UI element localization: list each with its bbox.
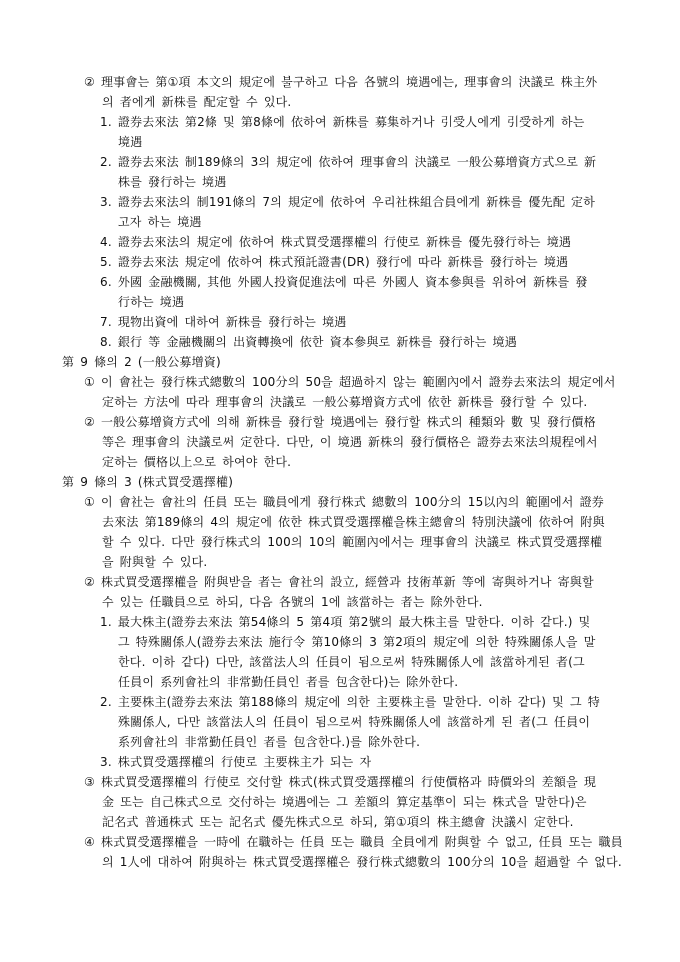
document-line: 5. 證券去來法 規定에 依하여 株式預託證書(DR) 發行에 따라 新株를 發… (0, 252, 680, 272)
document-line: 定하는 方法에 따라 理事會의 決議로 一般公募增資方式에 依한 新株를 發行할… (0, 392, 680, 412)
document-line: 定하는 價格以上으로 하여야 한다. (0, 452, 680, 472)
document-line: ① 이 會社는 發行株式總數의 100分의 50을 超過하지 않는 範圍內에서 … (0, 372, 680, 392)
document-line: 行하는 境遇 (0, 292, 680, 312)
document-line: 을 附與할 수 있다. (0, 552, 680, 572)
document-line: 8. 銀行 等 金融機關의 出資轉換에 依한 資本參與로 新株를 發行하는 境遇 (0, 332, 680, 352)
document-line: ② 理事會는 第①項 本文의 規定에 불구하고 다음 各號의 境遇에는, 理事會… (0, 72, 680, 92)
document-line: 3. 證券去來法의 制191條의 7의 規定에 依하여 우리社株組合員에게 新株… (0, 192, 680, 212)
document-line: 3. 株式買受選擇權의 行使로 主要株主가 되는 자 (0, 752, 680, 772)
document-line: 할 수 있다. 다만 發行株式의 100의 10의 範圍內에서는 理事會의 決議… (0, 532, 680, 552)
document-line: 系列會社의 非常勤任員인 者를 包含한다.)를 除外한다. (0, 732, 680, 752)
document-line: 2. 證券去來法 制189條의 3의 規定에 依하여 理事會의 決議로 一般公募… (0, 152, 680, 172)
document-line: 의 者에게 新株를 配定할 수 있다. (0, 92, 680, 112)
document-line: 수 있는 任職員으로 하되, 다음 各號의 1에 該當하는 者는 除外한다. (0, 592, 680, 612)
document-line: 境遇 (0, 132, 680, 152)
document-line: ③ 株式買受選擇權의 行使로 交付할 株式(株式買受選擇權의 行使價格과 時價와… (0, 772, 680, 792)
document-line: 去來法 第189條의 4의 規定에 依한 株式買受選擇權을株主總會의 特別決議에… (0, 512, 680, 532)
document-line: 記名式 普通株式 또는 記名式 優先株式으로 하되, 第①項의 株主總會 決議시… (0, 812, 680, 832)
document-line: 2. 主要株主(證券去來法 第188條의 規定에 의한 主要株主를 말한다. 이… (0, 692, 680, 712)
document-line: 1. 最大株主(證券去來法 第54條의 5 第4項 第2號의 最大株主를 말한다… (0, 612, 680, 632)
document-line: 그 特殊關係人(證券去來法 施行令 第10條의 3 第2項의 規定에 의한 特殊… (0, 632, 680, 652)
document-line: ② 株式買受選擇權을 附與받을 者는 會社의 設立, 經營과 技術革新 等에 寄… (0, 572, 680, 592)
document-line: 한다. 이하 같다) 다만, 該當法人의 任員이 됨으로써 特殊關係人에 該當하… (0, 652, 680, 672)
document-line: 金 또는 自己株式으로 交付하는 境遇에는 그 差額의 算定基準이 되는 株式을… (0, 792, 680, 812)
document-line: 의 1人에 대하여 附與하는 株式買受選擇權은 發行株式總數의 100分의 10… (0, 852, 680, 872)
document-line: ④ 株式買受選擇權을 一時에 在職하는 任員 또는 職員 全員에게 附與할 수 … (0, 832, 680, 852)
document-line: 고자 하는 境遇 (0, 212, 680, 232)
document-line: 任員이 系列會社의 非常勤任員인 者를 包含한다)는 除外한다. (0, 672, 680, 692)
document-body: ② 理事會는 第①項 本文의 規定에 불구하고 다음 各號의 境遇에는, 理事會… (0, 72, 680, 872)
document-line: 第 9 條의 3 (株式買受選擇權) (0, 472, 680, 492)
document-line: 7. 現物出資에 대하여 新株를 發行하는 境遇 (0, 312, 680, 332)
document-line: 株를 發行하는 境遇 (0, 172, 680, 192)
document-page: ② 理事會는 第①項 本文의 規定에 불구하고 다음 各號의 境遇에는, 理事會… (0, 0, 680, 962)
document-line: ① 이 會社는 會社의 任員 또는 職員에게 發行株式 總數의 100分의 15… (0, 492, 680, 512)
document-line: 等은 理事會의 決議로써 定한다. 다만, 이 境遇 新株의 發行價格은 證券去… (0, 432, 680, 452)
document-line: 6. 外國 金融機關, 其他 外國人投資促進法에 따른 外國人 資本參與를 위하… (0, 272, 680, 292)
document-line: 殊關係人, 다만 該當法人의 任員이 됨으로써 特殊關係人에 該當하게 된 者(… (0, 712, 680, 732)
document-line: 1. 證券去來法 第2條 및 第8條에 依하여 新株를 募集하거나 引受人에게 … (0, 112, 680, 132)
document-line: 4. 證券去來法의 規定에 依하여 株式買受選擇權의 行使로 新株를 優先發行하… (0, 232, 680, 252)
document-line: ② 一般公募增資方式에 의해 新株를 發行할 境遇에는 發行할 株式의 種類와 … (0, 412, 680, 432)
document-line: 第 9 條의 2 (一般公募增資) (0, 352, 680, 372)
